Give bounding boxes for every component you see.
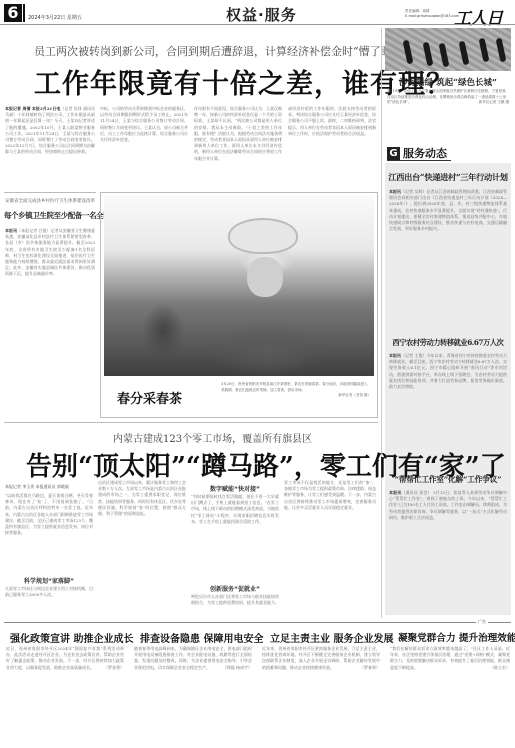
second-story-column-3: “有时候要临时找点零活做做，现在不用一大早就出门蹲点了，手机上就能看到招工信息。… <box>191 494 279 580</box>
lead-story-column-3: 作年限有不同意见。综合服务公司认为：王某仅被聘一年，按新公司的经济补偿金仅是一个… <box>194 106 282 186</box>
photo-worker-figure <box>423 42 434 67</box>
tea-photo-caption: 3月20日，贵州省贵阳市开阳县南江乡茶园里，茶农在采摘春茶。春分前后，各地茶园陆… <box>221 382 371 399</box>
page-number: 6 <box>4 4 22 22</box>
photo-worker-figure <box>459 41 470 66</box>
second-story-subhead: 数字赋能“快对接” <box>191 484 279 493</box>
tea-photo-title: 春分采春茶 <box>117 388 182 407</box>
issue-date: 2024年3月22日 星期五 <box>28 14 82 21</box>
sidebar-body: 本报讯（本报记者 汪俊）记者从安徽省卫生健康委获悉，安徽深化县乡村医疗卫生体系紧… <box>5 228 95 416</box>
tea-photo-credit: 新华社发（龙伟 摄） <box>221 393 371 399</box>
ad-label: 广告 <box>476 619 488 625</box>
service-news-rule <box>387 160 451 161</box>
ad-item-body: “我们在解决群众诉求方面效率越来越高了。”社区工作人员说。近年来，社区坚持党建引… <box>390 646 510 744</box>
desert-photo-credit: 新华社记者 王鹏 摄 <box>479 100 509 106</box>
second-story-rule <box>4 422 378 423</box>
sidebar-dateline: 本报讯 <box>5 228 17 233</box>
photo-worker-figure <box>439 43 450 68</box>
service-item-body: 本报讯（记者 吴辉）记者从江西省邮政管理局获悉，江西省邮政管理局会同相关部门出台… <box>389 189 507 311</box>
section-title: 权益·服务 <box>226 4 297 25</box>
ad-item-headline: 排查设备隐患 保障用电安全 <box>140 630 263 645</box>
page-number-divider <box>23 4 25 22</box>
service-news-label: 服务动态 <box>403 145 447 161</box>
ad-section-rule <box>4 622 511 623</box>
second-story-column-2: 自治区建成零工市场以来，累计服务零工和用工企业数十万人次。九原零工市场是内蒙古自… <box>98 480 186 608</box>
photo-worker-figure <box>479 38 490 63</box>
ad-item-body: 近日，贵州省贵阳市经开区2024年“强国复兴有我”系列活动举办，此次活动走进经开… <box>6 646 124 744</box>
column-divider <box>381 28 382 618</box>
service-news-panel: 江西出台“快递进村”三年行动计划 本报讯（记者 吴辉）记者从江西省邮政管理局获悉… <box>385 163 511 615</box>
photo-hat-shape <box>228 218 298 254</box>
tea-photo-frame: 春分采春茶 3月20日，贵州省贵阳市开阳县南江乡茶园里，茶农在采摘春茶。春分前后… <box>100 192 378 418</box>
second-story-column-3b: 呼伦贝尔市人社部门还将零工市场与职业技能培训相结合，为零工提供免费培训，提升其就… <box>191 594 279 614</box>
lead-story-column-4: 或经济补偿的工作年限时，法院支持劳动者的诉求，判决综合服务公司应支付王某经济补偿… <box>288 106 376 186</box>
photo-face-shape <box>247 257 283 297</box>
second-story-subhead: 创新服务“促就业” <box>191 584 279 593</box>
ad-item-headline: 立足主责主业 服务企业发展 <box>270 630 393 645</box>
ad-item-credit: （徐磊 杨成宇） <box>223 665 252 671</box>
desert-photo-title: 沙海播绿 筑起“绿色长城” <box>385 76 511 88</box>
sidebar-headline: 每个乡镇卫生院至少配备一名全科医师 <box>4 210 96 221</box>
second-story-kicker: 内蒙古建成123个零工市场，覆盖所有旗县区 <box>113 430 312 445</box>
desert-planting-photo <box>385 28 511 71</box>
photo-worker-figure <box>496 38 507 63</box>
ad-item-credit: （陈立宏） <box>490 665 510 671</box>
sidebar-rule <box>4 192 96 193</box>
second-story-column-4: 零工市场不仅是找活的地方，还是零工们的“家”。各地零工市场为零工提供政策咨询、法… <box>284 480 376 608</box>
ad-item-body: 近年来，贵州省贵阳市经开区紧扣服务企业发展，立足主责主业，持续优化营商环境。经开… <box>262 646 380 744</box>
ad-item-credit: （罗金勇） <box>104 665 124 671</box>
second-story-column-1: “以前找活都在马路边，夏天顶着日晒，冬天受着寒风，现在有了‘家’了，不用再到处跑… <box>5 493 93 571</box>
second-story-byline: 本报记者 李玉贵 本报通讯员 郭晓磊 <box>5 484 93 490</box>
service-item-headline: 西宁农村劳动力转移就业6.67万人次 <box>385 338 511 348</box>
ad-item-headline: 凝聚党群合力 提升治理效能 <box>398 630 515 644</box>
editor-info: 责任编辑：周倩 E-mail:grrbzhouqian@163.com <box>405 9 459 19</box>
ad-item-headline: 强化政策宣讲 助推企业成长 <box>10 630 133 645</box>
sidebar-kicker: 安徽省全面完成县乡村医疗卫生体系建设改革 <box>4 198 96 204</box>
service-item-body: 本报讯（记者 王俊）今年以来，青海省西宁市持续推进农村劳动力转移就业，截至目前，… <box>389 353 507 458</box>
lead-story-column-2: 中标，公司的劳动关系转移到中标企业的服务区，以劳动合同期限到期形式给予员工终止。… <box>100 106 188 186</box>
lead-story-kicker: 员工两次被转岗到新公司，合同到期后遭辞退，计算经济补偿金时“懵了眼”—— <box>34 43 419 59</box>
lead-story-dateline: 本报记者 周倩 本报3月21日电 <box>5 106 60 111</box>
ad-item-credit: （罗春荣） <box>360 665 380 671</box>
ad-item-body: 随着春季用电高峰到来，为确保辖区企业用电安全，供电部门组织开展用电设备隐患排查工… <box>134 646 252 744</box>
photo-worker-figure <box>403 40 414 65</box>
second-story-headline: 告别“顶太阳”“蹲马路”，零工们有“家”了 <box>26 446 506 483</box>
lead-story-column-1: 本报记者 周倩 本报3月21日电（记者 吴铎 通讯员 马斌）十年间被转岗了两次公… <box>5 106 95 186</box>
second-story-subhead: 科学规划“家落脚” <box>5 576 93 585</box>
desert-photo-caption: 3月19日，治沙工人在宁夏沙坡头国家级自然保护区栽种沙生植物。宁夏回族自治区持续… <box>387 89 509 106</box>
second-story-column-1b: 九原零工市场还与周边企业建立用工对接机制，目前已服务零工3000多人次。 <box>5 586 93 606</box>
tea-picking-photo <box>104 196 374 376</box>
service-item-body: 本报讯（通讯员 张会） 3月13日，张某等人来到劳动争议调解中心“帮帮忙工作室”… <box>389 490 507 610</box>
editor-email: E-mail:grrbzhouqian@163.com <box>405 14 459 19</box>
header-rule <box>0 24 515 25</box>
service-news-header: G 服务动态 <box>387 145 447 161</box>
service-item-headline: 江西出台“快递进村”三年行动计划 <box>385 172 511 183</box>
section-g-icon: G <box>387 147 400 160</box>
